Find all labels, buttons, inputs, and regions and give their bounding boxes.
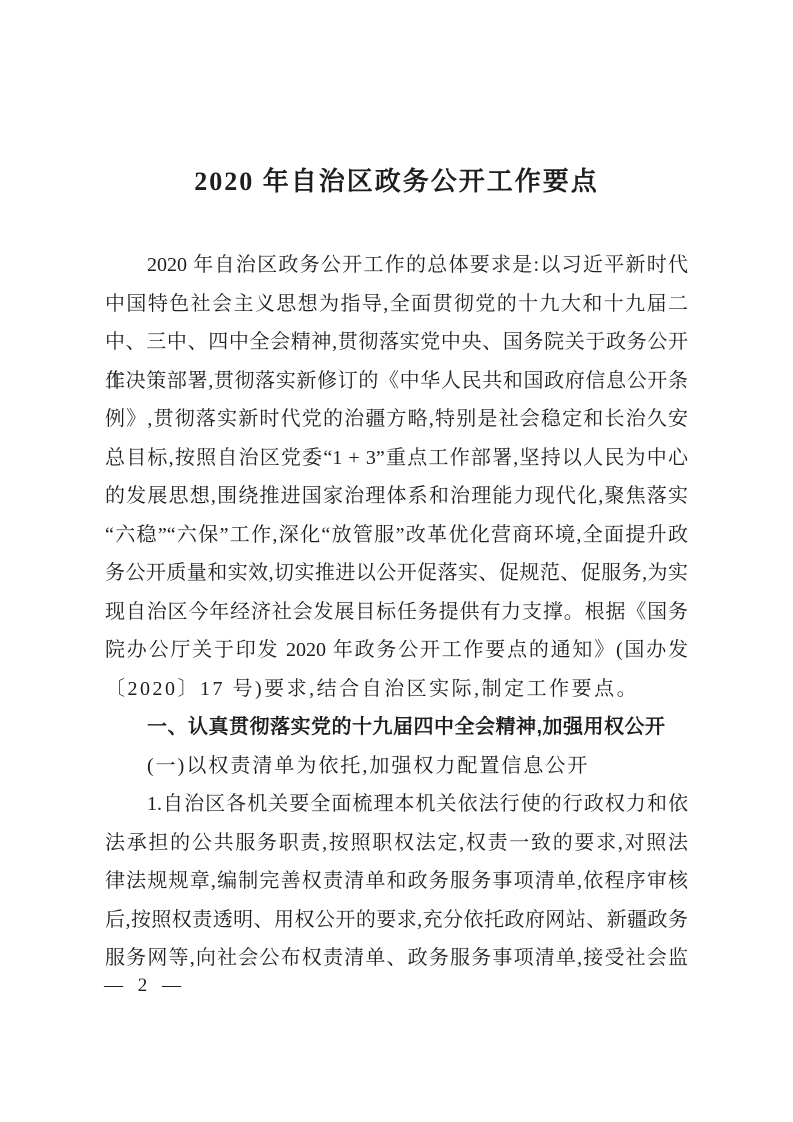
paragraph-line: 2020 年自治区政务公开工作的总体要求是:以习近平新时代 xyxy=(105,246,688,285)
paragraph-line: 中、三中、四中全会精神,贯彻落实党中央、国务院关于政务公开工 xyxy=(105,323,688,362)
paragraph-line: 例》,贯彻落实新时代党的治疆方略,特别是社会稳定和长治久安 xyxy=(105,400,688,439)
paragraph-line: 总目标,按照自治区党委“1 + 3”重点工作部署,坚持以人民为中心 xyxy=(105,439,688,478)
paragraph-line: “六稳”“六保”工作,深化“放管服”改革优化营商环境,全面提升政 xyxy=(105,516,688,555)
paragraph-line: 作决策部署,贯彻落实新修订的《中华人民共和国政府信息公开条 xyxy=(105,362,688,401)
section-heading: 一、认真贯彻落实党的十九届四中全会精神,加强用权公开 xyxy=(105,708,688,747)
paragraph-line: 务公开质量和实效,切实推进以公开促落实、促规范、促服务,为实 xyxy=(105,554,688,593)
document-body: 2020 年自治区政务公开工作的总体要求是:以习近平新时代 中国特色社会主义思想… xyxy=(105,246,688,978)
paragraph-line: 1.自治区各机关要全面梳理本机关依法行使的行政权力和依 xyxy=(105,785,688,824)
paragraph-line: 现自治区今年经济社会发展目标任务提供有力支撑。根据《国务 xyxy=(105,593,688,632)
paragraph-line: 〔2020〕17 号)要求,结合自治区实际,制定工作要点。 xyxy=(105,670,688,709)
document-page: 2020 年自治区政务公开工作要点 2020 年自治区政务公开工作的总体要求是:… xyxy=(0,0,793,1122)
document-title: 2020 年自治区政务公开工作要点 xyxy=(0,161,793,198)
paragraph-line: 中国特色社会主义思想为指导,全面贯彻党的十九大和十九届二 xyxy=(105,285,688,324)
paragraph-line: 后,按照权责透明、用权公开的要求,充分依托政府网站、新疆政务 xyxy=(105,901,688,940)
paragraph-line: 的发展思想,围绕推进国家治理体系和治理能力现代化,聚焦落实 xyxy=(105,477,688,516)
paragraph-line: 律法规规章,编制完善权责清单和政务服务事项清单,依程序审核 xyxy=(105,862,688,901)
paragraph-line: 服务网等,向社会公布权责清单、政务服务事项清单,接受社会监 xyxy=(105,939,688,978)
paragraph-line: 院办公厅关于印发 2020 年政务公开工作要点的通知》(国办发 xyxy=(105,631,688,670)
paragraph-line: 法承担的公共服务职责,按照职权法定,权责一致的要求,对照法 xyxy=(105,824,688,863)
page-number: — 2 — xyxy=(104,971,186,1001)
subsection-heading: (一)以权责清单为依托,加强权力配置信息公开 xyxy=(105,747,688,786)
